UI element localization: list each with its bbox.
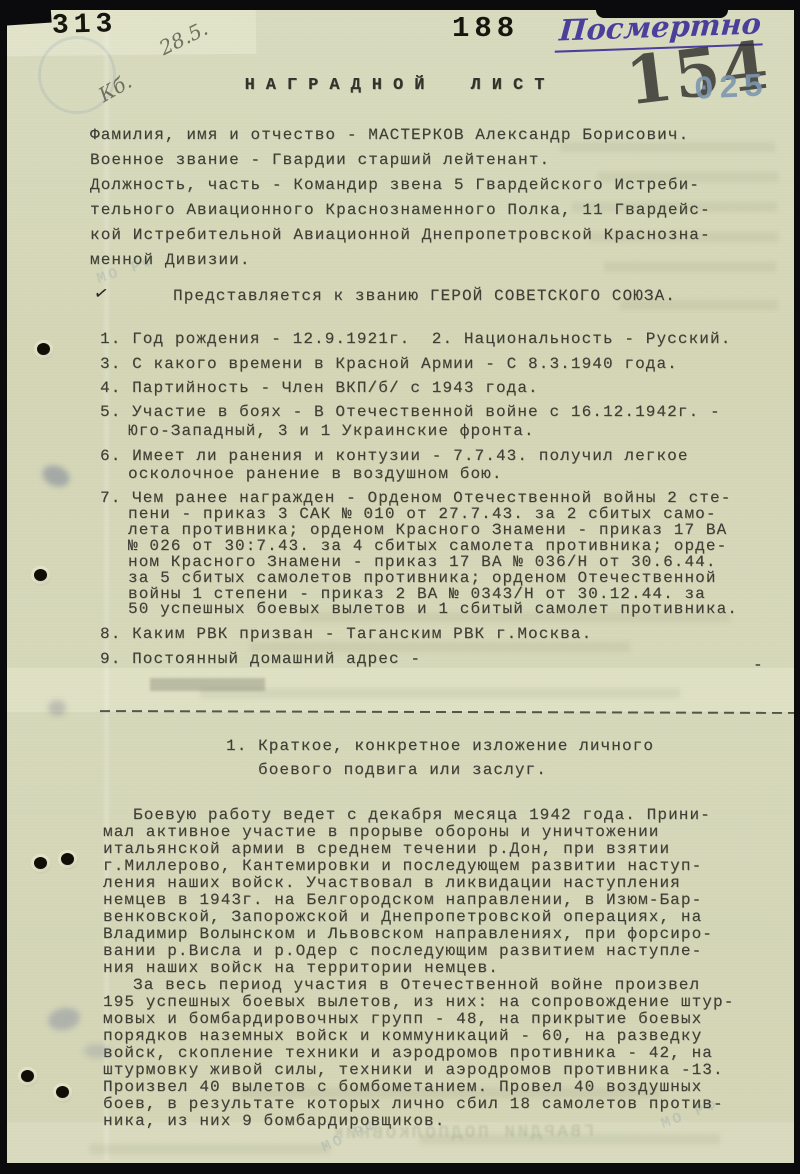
typed-line: вании р.Висла и р.Одер с последующим раз… xyxy=(103,942,702,960)
typed-line: Юго-Западный, 3 и 1 Украинские фронта. xyxy=(128,422,535,440)
typed-line: Должность, часть - Командир звена 5 Гвар… xyxy=(90,176,700,194)
punch-hole xyxy=(37,343,50,355)
typed-line: штурмовку живой силы, техники и аэродром… xyxy=(103,1061,724,1079)
typed-line: мовых и бомбардировочных групп - 48, на … xyxy=(103,1010,702,1028)
scan-edge-left xyxy=(0,0,7,1174)
typed-line: менной Дивизии. xyxy=(90,251,251,269)
typed-line: - xyxy=(753,656,764,674)
punch-hole xyxy=(34,857,47,869)
pencil-smudge xyxy=(48,700,66,716)
typed-line: войск, скопление техники и аэродромов пр… xyxy=(103,1044,713,1062)
typed-line: 3. С какого времени в Красной Армии - С … xyxy=(100,355,678,373)
typed-line: венковской, Запорожской и Днепропетровск… xyxy=(103,908,702,926)
typed-line: немцев в 1943г. на Белгородском направле… xyxy=(103,891,702,909)
scan-edge-top-bump xyxy=(596,6,728,18)
typed-line: Боевую работу ведет с декабря месяца 194… xyxy=(133,806,711,824)
punch-hole xyxy=(61,853,74,865)
punch-hole xyxy=(21,1070,34,1082)
typed-line: тельного Авиационного Краснознаменного П… xyxy=(90,201,711,219)
pencil-smudge xyxy=(84,1044,110,1058)
typed-line: Представляется к званию ГЕРОЙ СОВЕТСКОГО… xyxy=(173,287,676,305)
typed-line: г.Миллерово, Кантемировки и последующем … xyxy=(103,857,702,875)
typed-line: осколочное ранение в воздушном бою. xyxy=(128,465,503,483)
typed-line: Фамилия, имя и отчество - МАСТЕРКОВ Алек… xyxy=(90,126,689,144)
typed-line: боевого подвига или заслуг. xyxy=(258,761,547,779)
typed-line: 50 успешных боевых вылетов и 1 сбитый са… xyxy=(128,600,738,618)
typed-line: 9. Постоянный домашний адрес - xyxy=(100,650,421,668)
typed-line: 5. Участие в боях - В Отечественной войн… xyxy=(100,403,721,421)
typed-line: итальянской армии в среднем течении р.До… xyxy=(103,840,670,858)
scan-edge-right xyxy=(794,0,800,1174)
typed-text-layer: Фамилия, имя и отчество - МАСТЕРКОВ Алек… xyxy=(0,0,800,1174)
typed-line: 6. Имеет ли ранения и контузии - 7.7.43.… xyxy=(100,447,689,465)
typed-line: 1. Год рождения - 12.9.1921г. 2. Национа… xyxy=(100,330,731,348)
scan-edge-bottom xyxy=(0,1163,800,1174)
typed-line: Военное звание - Гвардии старший лейтена… xyxy=(90,151,550,169)
scan-corner-top-left xyxy=(0,0,52,26)
typed-line: мал активное участие в прорыве обороны и… xyxy=(103,823,659,841)
typed-line: ника, из них 9 бомбардировщиков. xyxy=(103,1112,445,1130)
typed-line: боев, в результате которых лично сбил 18… xyxy=(103,1095,724,1113)
typed-line: кой Истребительной Авиационной Днепропет… xyxy=(90,226,711,244)
typed-line: Произвел 40 вылетов с бомбометанием. Про… xyxy=(103,1078,702,1096)
typed-line: 1. Краткое, конкретное изложение личного xyxy=(226,737,654,755)
typed-line: ния наших войск на территории немцев. xyxy=(103,959,499,977)
typed-line: ления наших войск. Участвовал в ликвидац… xyxy=(103,874,681,892)
punch-hole xyxy=(56,1086,69,1098)
typed-line: 195 успешных боевых вылетов, из них: на … xyxy=(103,993,734,1011)
punch-hole xyxy=(34,569,47,581)
scanned-award-sheet: МО РФ МО РФ МО РФ ГВАРДИИ ПОДПОЛКОВНИК 3… xyxy=(0,0,800,1174)
typed-line: За весь период участия в Отечественной в… xyxy=(133,976,700,994)
typed-line: 4. Партийность - Член ВКП/б/ с 1943 года… xyxy=(100,379,539,397)
typed-line: порядков наземных войск и коммуникаций -… xyxy=(103,1027,702,1045)
typed-line: Владимир Волынском и Львовском направлен… xyxy=(103,925,713,943)
typed-line: 8. Каким РВК призван - Таганским РВК г.М… xyxy=(100,625,592,643)
